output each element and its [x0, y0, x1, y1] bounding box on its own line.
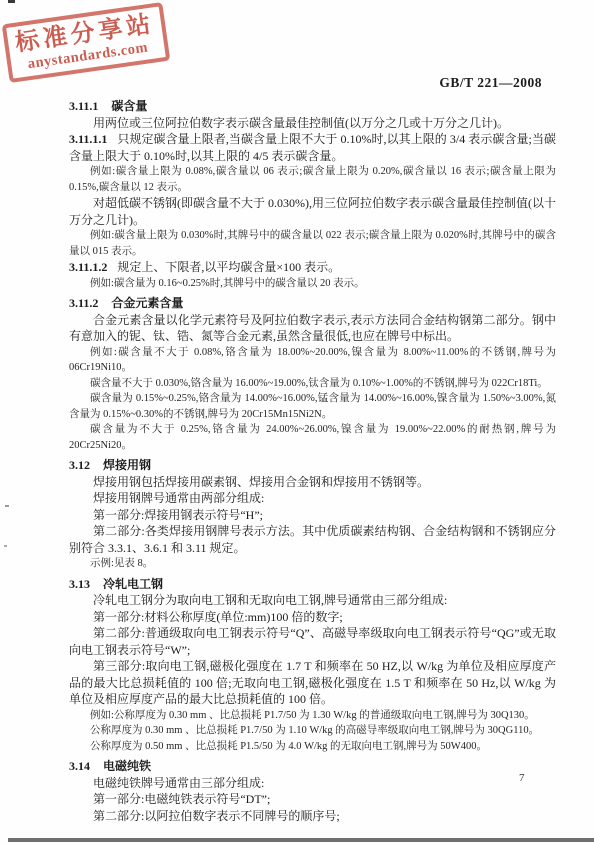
body-paragraph: 对超低碳不锈钢(即碳含量不大于 0.030%),用三位阿拉伯数字表示碳含量最佳控… — [69, 195, 556, 228]
example-paragraph: 碳含量为 0.15%~0.25%,铬含量为 14.00%~16.00%,锰含量为… — [69, 391, 556, 422]
section-title: 冷轧电工钢 — [103, 577, 163, 591]
clause-paragraph: 3.11.1.2规定上、下限者,以平均碳含量×100 表示。 — [69, 259, 556, 276]
example-paragraph: 例如:碳含量上限为 0.030%时,其牌号中的碳含量以 022 表示;碳含量上限… — [69, 228, 556, 259]
body-paragraph: 焊接用钢包括焊接用碳素钢、焊接用合金钢和焊接用不锈钢等。 — [69, 474, 556, 491]
scanned-standard-page: 标准分享站 anystandards.com GB/T 221—2008 3.1… — [0, 0, 594, 844]
body-paragraph: 第二部分:普通级取向电工钢表示符号“Q”、高磁导率级取向电工钢表示符号“QG”或… — [69, 625, 556, 658]
body-paragraph: 第一部分:焊接用钢表示符号“H”; — [69, 507, 556, 524]
clause-number: 3.11.2 — [69, 296, 98, 310]
page-number: 7 — [519, 772, 525, 784]
example-paragraph: 公称厚度为 0.30 mm 、比总损耗 P1.7/50 为 1.10 W/kg … — [69, 723, 556, 739]
example-paragraph: 碳含量为不大于 0.25%,铬含量为 24.00%~26.00%,镍含量为 19… — [69, 422, 556, 453]
section-heading: 3.12焊接用钢 — [69, 457, 556, 474]
body-paragraph: 电磁纯铁牌号通常由三部分组成: — [69, 775, 556, 792]
example-paragraph: 示例:见表 8。 — [69, 556, 556, 572]
body-paragraph: 第一部分:材料公称厚度(单位:mm)100 倍的数字; — [69, 609, 556, 626]
example-paragraph: 例如:公称厚度为 0.30 mm 、比总损耗 P1.7/50 为 1.30 W/… — [69, 708, 556, 724]
body-paragraph: 焊接用钢牌号通常由两部分组成: — [69, 490, 556, 507]
body-paragraph: 第二部分:各类焊接用钢牌号表示方法。其中优质碳素结构钢、合金结构钢和不锈钢应分别… — [69, 523, 556, 556]
body-paragraph: 用两位或三位阿拉伯数字表示碳含量最佳控制值(以万分之几或十万分之几计)。 — [69, 115, 556, 132]
scan-speck — [4, 545, 7, 547]
example-paragraph: 例如:碳含量上限为 0.08%,碳含量以 06 表示;碳含量上限为 0.20%,… — [69, 164, 556, 195]
example-paragraph: 公称厚度为 0.50 mm 、比总损耗 P1.5/50 为 4.0 W/kg 的… — [69, 739, 556, 755]
clause-number: 3.11.1 — [69, 99, 98, 113]
section-heading: 3.14电磁纯铁 — [69, 758, 556, 775]
scan-artifact — [8, 0, 15, 3]
watermark-stamp: 标准分享站 anystandards.com — [2, 2, 171, 83]
section-heading: 3.11.2合金元素含量 — [69, 295, 556, 312]
body-paragraph: 第一部分:电磁纯铁表示符号“DT”; — [69, 791, 556, 808]
standard-number: GB/T 221—2008 — [439, 75, 542, 91]
section-heading: 3.13冷轧电工钢 — [69, 576, 556, 593]
section-title: 碳含量 — [111, 99, 147, 113]
body-paragraph: 合金元素含量以化学元素符号及阿拉伯数字表示,表示方法同合金结构钢第二部分。钢中有… — [69, 312, 556, 345]
section-heading: 3.11.1碳含量 — [69, 98, 556, 115]
content-area: 3.11.1碳含量用两位或三位阿拉伯数字表示碳含量最佳控制值(以万分之几或十万分… — [69, 94, 556, 824]
section-title: 合金元素含量 — [111, 296, 183, 310]
clause-number: 3.14 — [69, 759, 90, 773]
body-paragraph: 第二部分:以阿拉伯数字表示不同牌号的顺序号; — [69, 808, 556, 825]
section-title: 电磁纯铁 — [103, 759, 151, 773]
example-paragraph: 碳含量不大于 0.030%,铬含量为 16.00%~19.00%,钛含量为 0.… — [69, 376, 556, 392]
example-paragraph: 例如:碳含量为 0.16~0.25%时,其牌号中的碳含量以 20 表示。 — [69, 276, 556, 292]
clause-number: 3.12 — [69, 458, 90, 472]
body-paragraph: 第三部分:取向电工钢,磁极化强度在 1.7 T 和频率在 50 HZ,以 W/k… — [69, 658, 556, 708]
clause-number: 3.11.1.2 — [69, 260, 107, 274]
scan-speck — [5, 505, 9, 507]
body-paragraph: 冷轧电工钢分为取向电工钢和无取向电工钢,牌号通常由三部分组成: — [69, 592, 556, 609]
clause-number: 3.11.1.1 — [69, 132, 107, 146]
scan-edge-bar — [8, 838, 594, 842]
clause-number: 3.13 — [69, 577, 90, 591]
section-title: 焊接用钢 — [103, 458, 151, 472]
example-paragraph: 例如:碳含量不大于 0.08%,铬含量为 18.00%~20.00%,镍含量为 … — [69, 345, 556, 376]
clause-paragraph: 3.11.1.1只规定碳含量上限者,当碳含量上限不大于 0.10%时,以其上限的… — [69, 131, 556, 164]
